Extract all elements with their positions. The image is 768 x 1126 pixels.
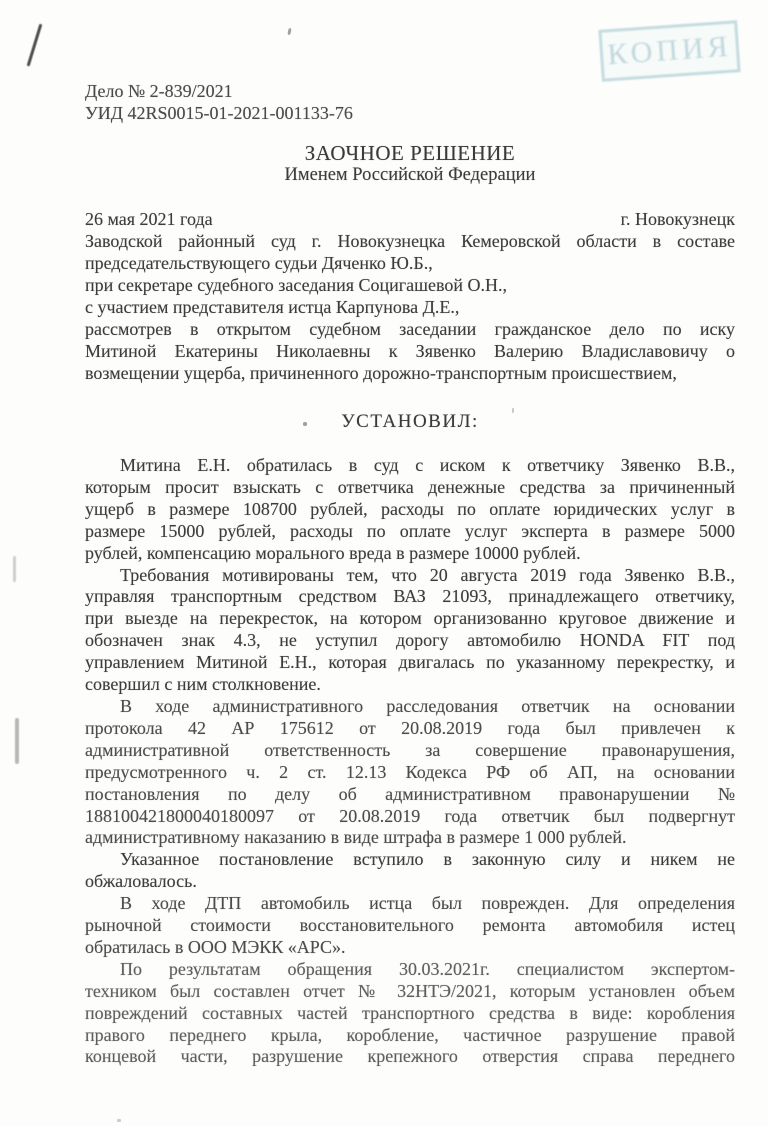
text-line: рассмотрев в открытом судебном заседании… xyxy=(85,318,735,340)
text-line: Требования мотивированы тем, что 20 авгу… xyxy=(85,565,735,587)
pen-stroke-mark xyxy=(27,24,42,67)
date-place-row: 26 мая 2021 года г. Новокузнецк xyxy=(85,208,735,230)
text-line: предусмотренного ч. 2 ст. 12.13 Кодекса … xyxy=(85,762,735,784)
document-content: Дело № 2-839/2021 УИД 42RS0015-01-2021-0… xyxy=(85,80,735,1068)
copy-stamp-label: КОПИЯ xyxy=(606,30,732,73)
text-line: административной ответственность за сове… xyxy=(85,740,735,762)
text-line: концевой части, разрушение крепежного от… xyxy=(85,1046,735,1068)
margin-smudge-mark xyxy=(15,718,19,764)
text-line: Заводской районный суд г. Новокузнецка К… xyxy=(85,230,735,252)
document-title: ЗАОЧНОЕ РЕШЕНИЕ xyxy=(85,142,735,164)
text-line: возмещении ущерба, причиненного дорожно-… xyxy=(85,362,735,384)
text-line: управлением Митиной Е.Н., которая двигал… xyxy=(85,652,735,674)
scan-speck xyxy=(287,28,291,35)
case-number: Дело № 2-839/2021 xyxy=(85,80,735,102)
text-line: Митина Е.Н. обратилась в суд с иском к о… xyxy=(85,455,735,477)
decision-city: г. Новокузнецк xyxy=(621,208,735,230)
text-line: В ходе административного расследования о… xyxy=(85,696,735,718)
text-line: рублей, компенсацию морального вреда в р… xyxy=(85,543,735,565)
text-line: По результатам обращения 30.03.2021г. сп… xyxy=(85,959,735,981)
text-line: постановления по делу об административно… xyxy=(85,784,735,806)
text-line: которым просит взыскать с ответчика дене… xyxy=(85,477,735,499)
text-line: рыночной стоимости восстановительного ре… xyxy=(85,915,735,937)
text-line: обратилась в ООО МЭКК «АРС». xyxy=(85,937,735,959)
case-header: Дело № 2-839/2021 УИД 42RS0015-01-2021-0… xyxy=(85,80,735,124)
title-block: ЗАОЧНОЕ РЕШЕНИЕ Именем Российской Федера… xyxy=(85,142,735,186)
text-line: председательствующего судьи Дяченко Ю.Б.… xyxy=(85,252,735,274)
text-line: при выезде на перекресток, на котором ор… xyxy=(85,608,735,630)
text-line: с участием представителя истца Карпунова… xyxy=(85,296,735,318)
intro-block: Заводской районный суд г. Новокузнецка К… xyxy=(85,230,735,384)
text-line: обжаловалось. xyxy=(85,871,735,893)
text-line: ущерб в размере 108700 рублей, расходы п… xyxy=(85,499,735,521)
text-line: Митиной Екатерины Николаевны к Зявенко В… xyxy=(85,340,735,362)
copy-stamp: КОПИЯ xyxy=(598,20,740,82)
text-line: административному наказанию в виде штраф… xyxy=(85,827,735,849)
text-line: управляя транспортным средством ВАЗ 2109… xyxy=(85,586,735,608)
text-line: размере 15000 рублей, расходы по оплате … xyxy=(85,521,735,543)
text-line: обозначен знак 4.3, не уступил дорогу ав… xyxy=(85,630,735,652)
text-line: техником был составлен отчет № 32НТЭ/202… xyxy=(85,981,735,1003)
document-subtitle: Именем Российской Федерации xyxy=(85,164,735,186)
text-line: протокола 42 АР 175612 от 20.08.2019 год… xyxy=(85,718,735,740)
text-line: Указанное постановление вступило в закон… xyxy=(85,849,735,871)
text-line: правого переднего крыла, коробление, час… xyxy=(85,1025,735,1047)
text-line: повреждений составных частей транспортно… xyxy=(85,1003,735,1025)
scanned-court-document-page: КОПИЯ Дело № 2-839/2021 УИД 42RS0015-01-… xyxy=(0,0,768,1126)
scan-speck xyxy=(117,1119,121,1122)
text-line: В ходе ДТП автомобиль истца был поврежде… xyxy=(85,893,735,915)
text-line: при секретаре судебного заседания Социга… xyxy=(85,274,735,296)
decision-date: 26 мая 2021 года xyxy=(85,208,213,230)
case-uid: УИД 42RS0015-01-2021-001133-76 xyxy=(85,102,735,124)
text-line: совершил с ним столкновение. xyxy=(85,674,735,696)
text-line: 188100421800040180097 от 20.08.2019 года… xyxy=(85,806,735,828)
section-heading: УСТАНОВИЛ: xyxy=(85,411,735,433)
margin-smudge-mark xyxy=(13,556,16,582)
body-block: Митина Е.Н. обратилась в суд с иском к о… xyxy=(85,455,735,1068)
